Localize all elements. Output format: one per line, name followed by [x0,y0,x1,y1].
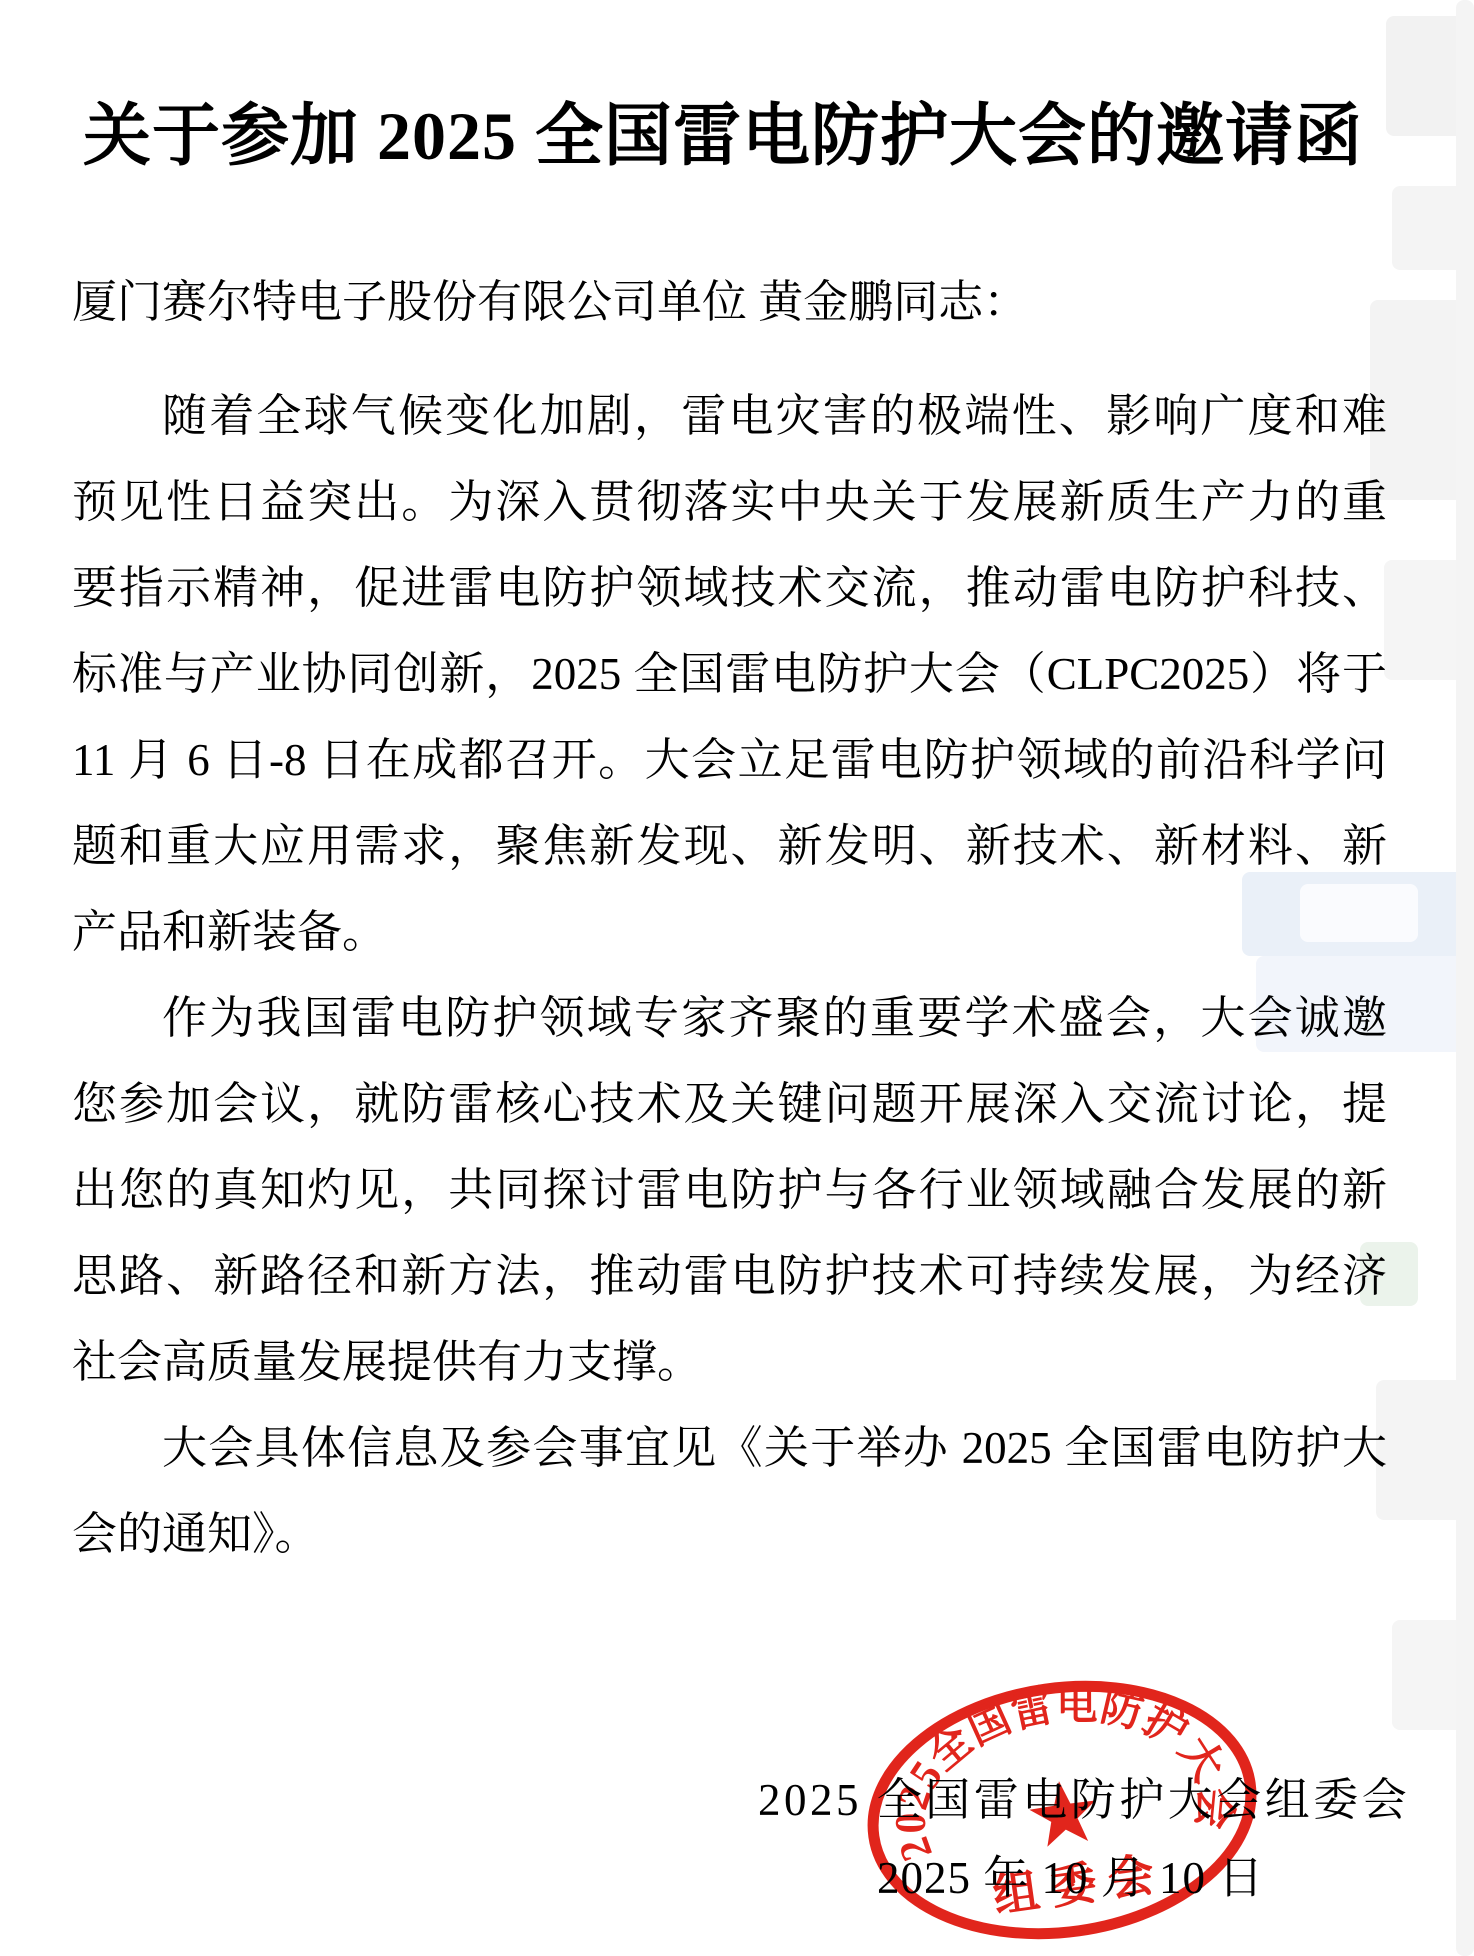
official-seal-stamp: 2025全国雷电防护大会 组委会 [858,1670,1268,1948]
ghost-box [1384,560,1474,680]
invitation-letter-page: 关于参加 2025 全国雷电防护大会的邀请函 厦门赛尔特电子股份有限公司单位 黄… [0,0,1474,1956]
body-line: 思路、新路径和新方法，推动雷电防护技术可持续发展，为经济 [72,1233,1387,1319]
letter-title: 关于参加 2025 全国雷电防护大会的邀请函 [0,82,1446,179]
body-line: 要指示精神，促进雷电防护领域技术交流，推动雷电防护科技、 [72,545,1387,631]
body-line: 随着全球气候变化加剧，雷电灾害的极端性、影响广度和难 [72,373,1387,459]
addressee-line: 厦门赛尔特电子股份有限公司单位 黄金鹏同志： [72,276,1028,328]
body-line: 会的通知》。 [72,1491,1387,1577]
body-line: 出您的真知灼见，共同探讨雷电防护与各行业领域融合发展的新 [72,1147,1387,1233]
body-line: 您参加会议，就防雷核心技术及关键问题开展深入交流讨论，提 [72,1061,1387,1147]
body-line: 标准与产业协同创新，2025 全国雷电防护大会（CLPC2025）将于 [72,631,1387,717]
body-line: 预见性日益突出。为深入贯彻落实中央关于发展新质生产力的重 [72,459,1387,545]
ghost-box [1392,186,1474,270]
body-line: 作为我国雷电防护领域专家齐聚的重要学术盛会，大会诚邀 [72,975,1387,1061]
seal-arc-text: 2025全国雷电防护大会 [868,1670,1246,1880]
star-icon [1026,1777,1101,1849]
body-line: 大会具体信息及参会事宜见《关于举办 2025 全国雷电防护大 [72,1405,1387,1491]
body-line: 社会高质量发展提供有力支撑。 [72,1319,1387,1405]
ghost-box [1376,1380,1474,1520]
ghost-box [1456,0,1474,1956]
svg-text:2025全国雷电防护大会: 2025全国雷电防护大会 [868,1670,1246,1880]
body-line: 11 月 6 日-8 日在成都召开。大会立足雷电防护领域的前沿科学问 [72,717,1387,803]
ghost-box [1392,1620,1474,1730]
body-line: 题和重大应用需求，聚焦新发现、新发明、新技术、新材料、新 [72,803,1387,889]
body-line: 产品和新装备。 [72,889,1387,975]
letter-body: 随着全球气候变化加剧，雷电灾害的极端性、影响广度和难预见性日益突出。为深入贯彻落… [72,373,1387,1577]
